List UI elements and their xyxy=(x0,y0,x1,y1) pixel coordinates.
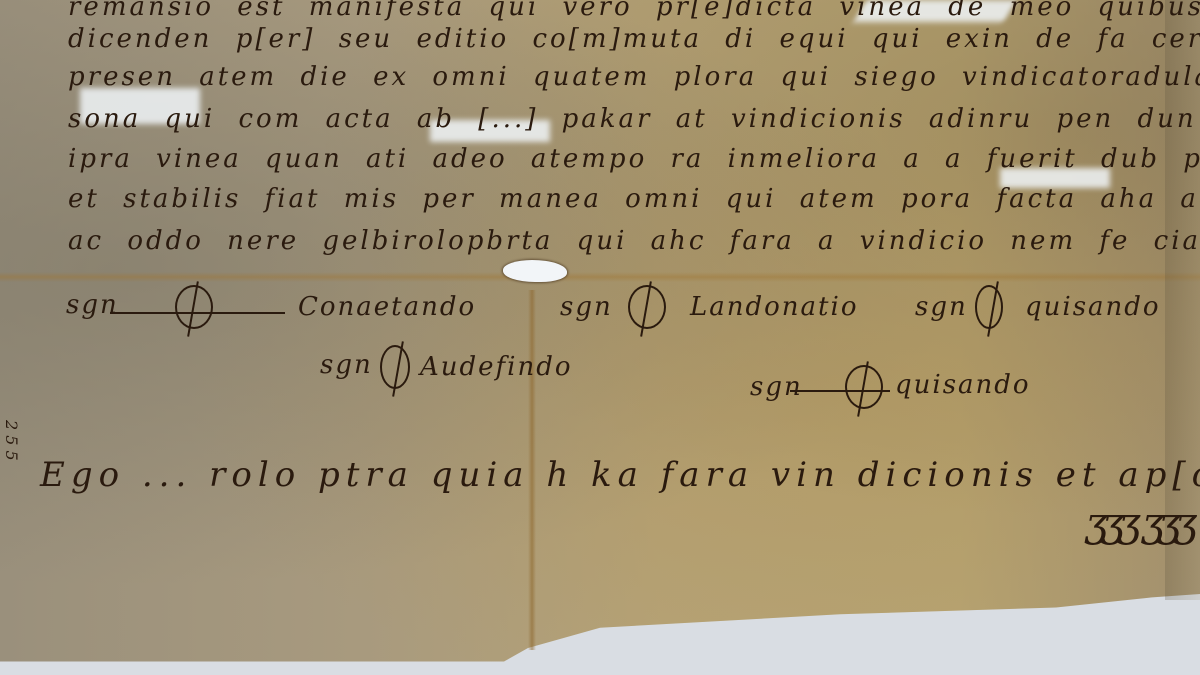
signature-name: Conaetando xyxy=(298,292,476,322)
signum-cross-icon xyxy=(975,285,1003,329)
text-line-7: ac oddo nere gelbirolopbrta qui ahc fara… xyxy=(68,226,1200,256)
signum-label: sgn xyxy=(560,292,613,322)
signum-cross-icon xyxy=(175,285,213,329)
signum-cross-icon xyxy=(845,365,883,409)
text-line-2: dicenden p[er] seu editio co[m]muta di e… xyxy=(68,24,1200,54)
signature-name: quisando xyxy=(895,370,1031,400)
signum-label: sgn xyxy=(320,350,373,380)
notary-closing-line: Ego ... rolo ptra quia h ka fara vin dic… xyxy=(40,455,1200,495)
text-line-5: ipra vinea quan ati adeo atempo ra inmel… xyxy=(68,144,1200,174)
signum-label: sgn xyxy=(915,292,968,322)
margin-note: 2 5 5 xyxy=(2,420,21,461)
signum-label: sgn xyxy=(750,372,803,402)
signature-name: Audefindo xyxy=(420,352,573,382)
text-line-4: sona qui com acta ab [...] pakar at vind… xyxy=(68,104,1197,134)
text-line-3: presen atem die ex omni quatem plora qui… xyxy=(68,62,1200,92)
notary-flourish: ʒʒʒ ʒʒʒ xyxy=(1085,505,1191,541)
signature-name: Landonatio xyxy=(690,292,858,322)
parchment-hole xyxy=(503,260,567,282)
signum-stroke xyxy=(110,312,285,314)
text-line-1: remansio est manifesta qui vero pr[e]dic… xyxy=(68,0,1200,22)
signum-label: sgn xyxy=(66,290,119,320)
signum-stroke xyxy=(790,390,890,392)
signum-cross-icon xyxy=(380,345,410,389)
signature-name: quisando xyxy=(1025,292,1161,322)
text-line-6: et stabilis fiat mis per manea omni qui … xyxy=(68,184,1200,214)
signum-cross-icon xyxy=(628,285,666,329)
horizontal-fold xyxy=(0,272,1200,282)
